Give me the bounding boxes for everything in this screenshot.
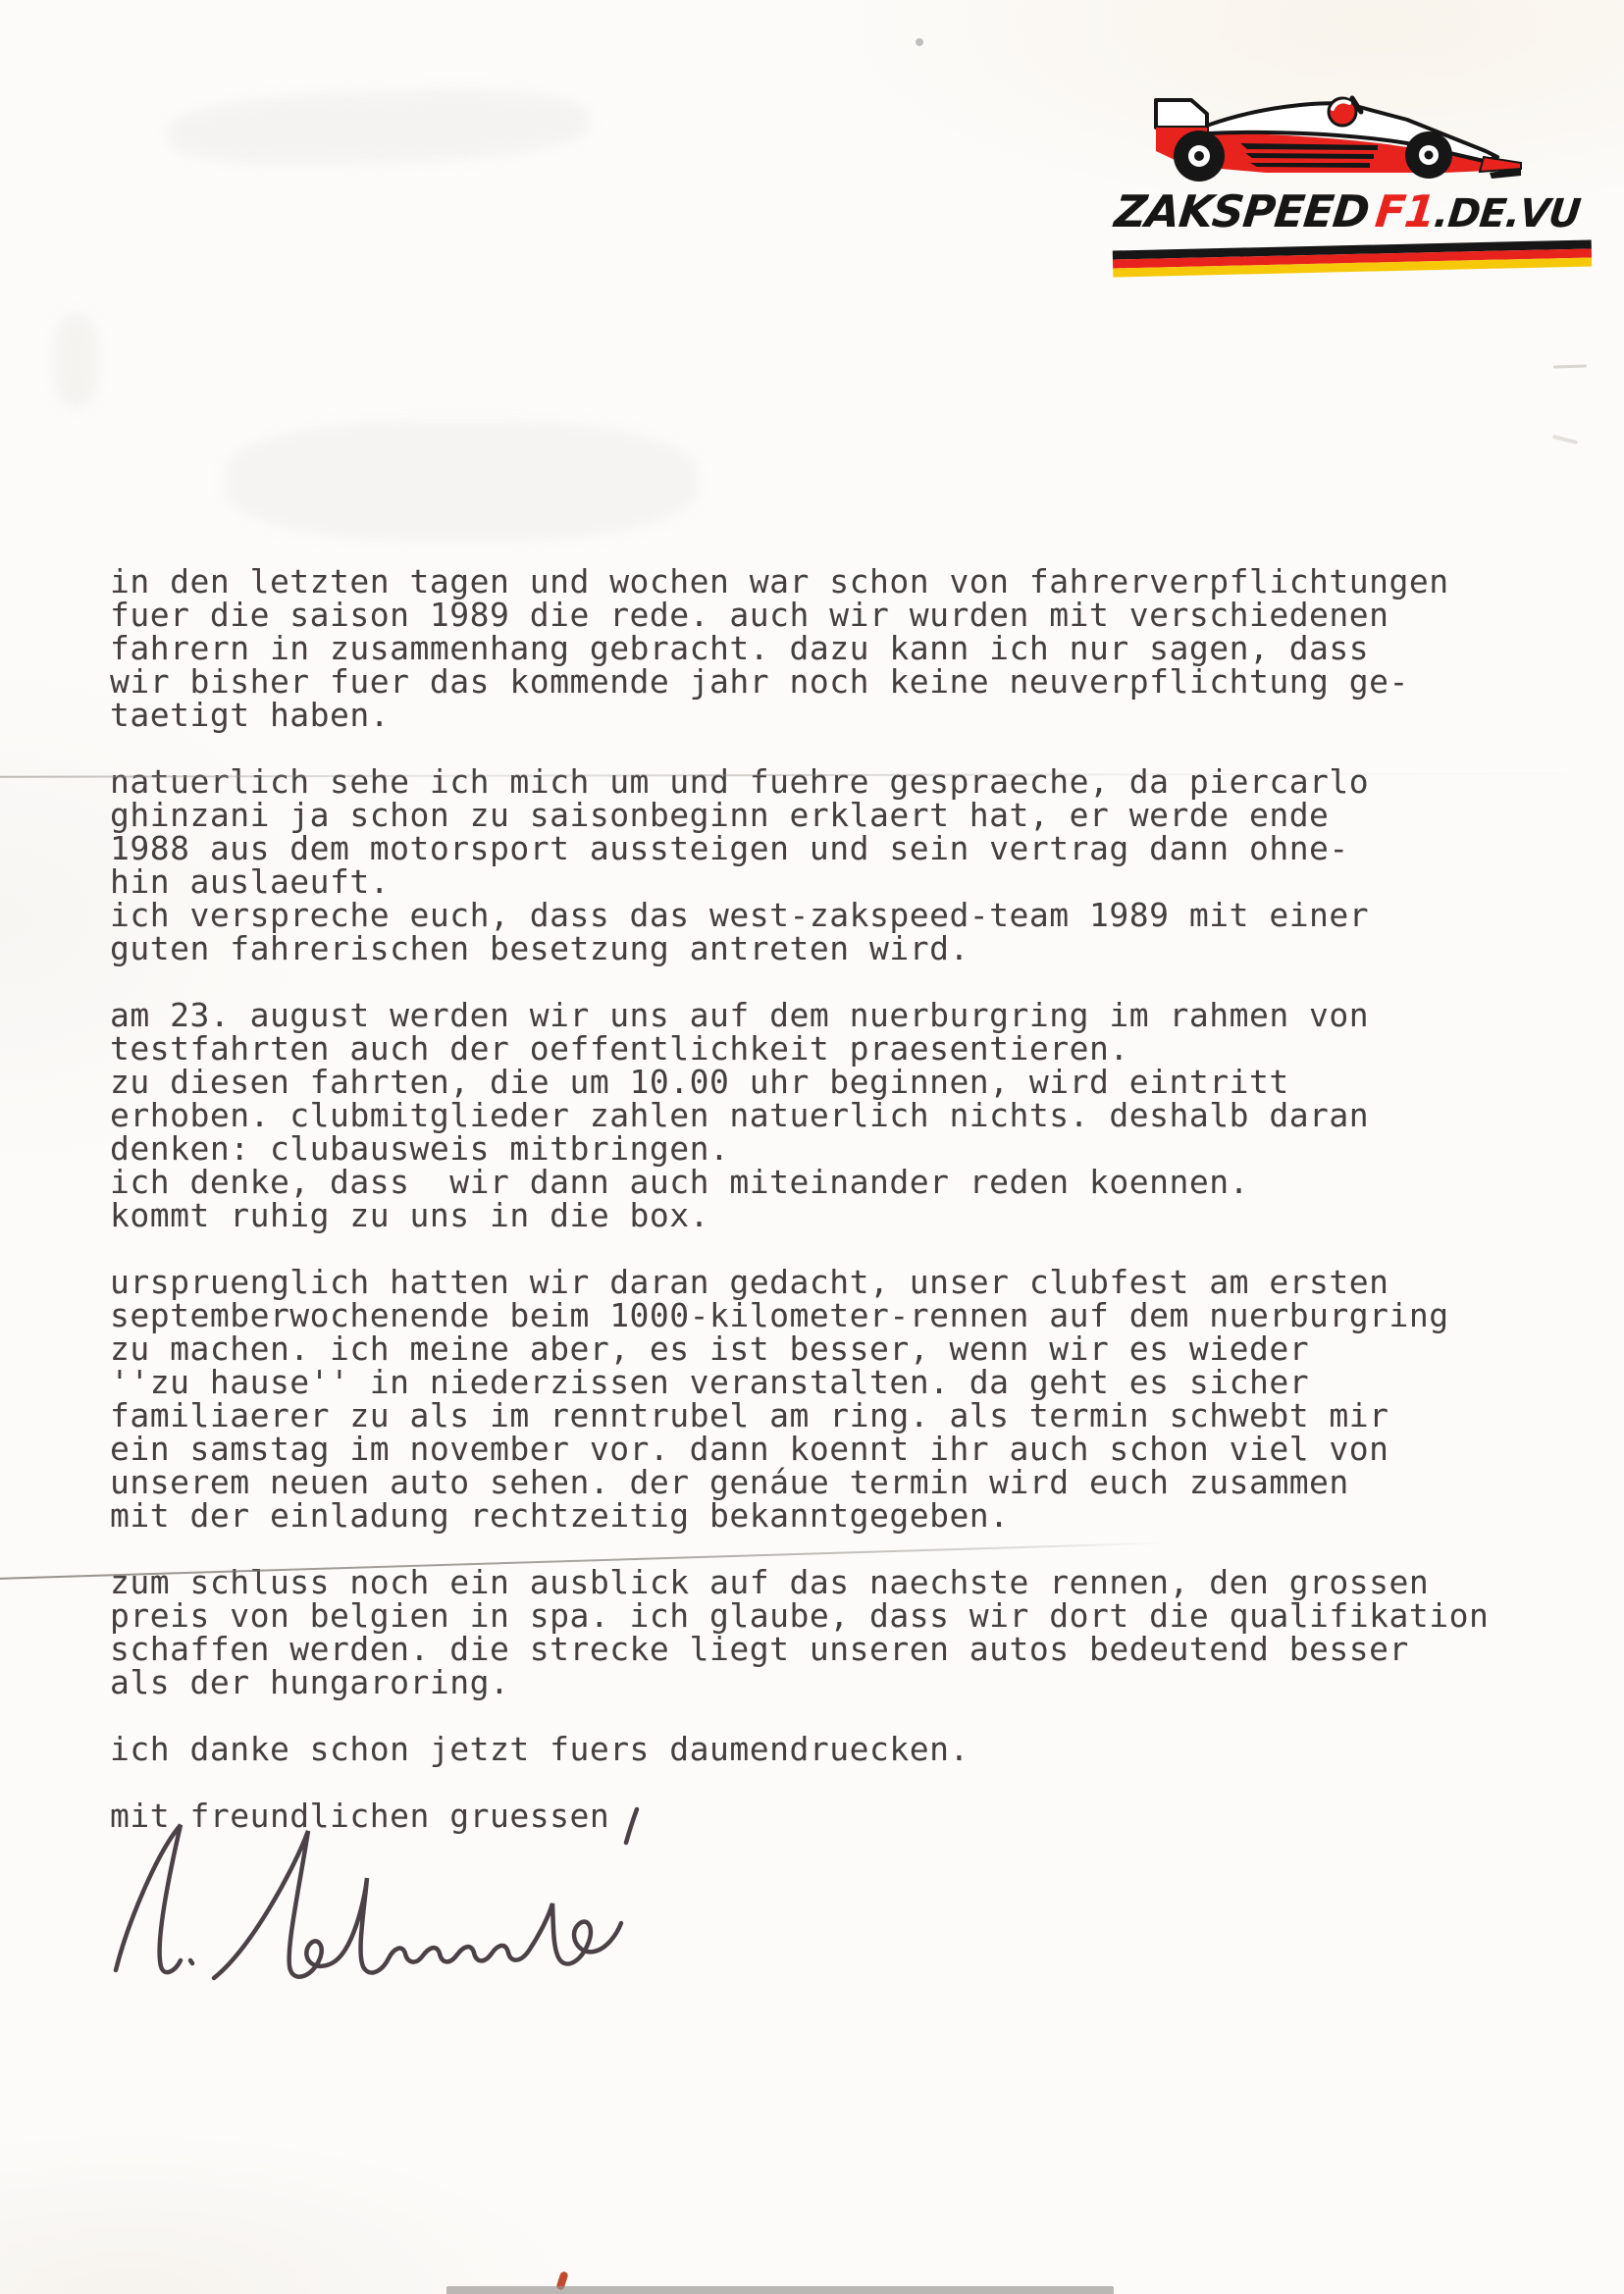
letter-line: ''zu hause'' in niederzissen veranstalte… [110, 1366, 1562, 1399]
letter-line: kommt ruhig zu uns in die box. [110, 1199, 1562, 1232]
paper-ghost-smudge [166, 86, 590, 170]
signature-scrawl [100, 1805, 669, 2036]
letter-line: unserem neuen auto sehen. der genáue ter… [110, 1466, 1562, 1499]
brand-name: ZAKSPEED [1112, 185, 1371, 237]
scan-speck [1553, 364, 1587, 368]
scan-speck [1552, 435, 1578, 444]
letter-paragraph: zum schluss noch ein ausblick auf das na… [110, 1566, 1562, 1699]
letter-line: taetigt haben. [110, 699, 1562, 732]
letter-line: zu diesen fahrten, die um 10.00 uhr begi… [110, 1066, 1562, 1099]
letter-paragraph: in den letzten tagen und wochen war scho… [110, 565, 1562, 732]
f1-race-car-icon [1150, 94, 1523, 188]
letter-line: ich denke, dass wir dann auch miteinande… [110, 1166, 1562, 1199]
letter-line: familiaerer zu als im renntrubel am ring… [110, 1399, 1562, 1433]
letter-paragraph: urspruenglich hatten wir daran gedacht, … [110, 1266, 1562, 1533]
letter-line: denken: clubausweis mitbringen. [110, 1132, 1562, 1166]
letter-line: urspruenglich hatten wir daran gedacht, … [110, 1266, 1562, 1299]
letter-line: fahrern in zusammenhang gebracht. dazu k… [110, 632, 1562, 665]
letter-paragraph: am 23. august werden wir uns auf dem nue… [110, 999, 1562, 1232]
letter-line: erhoben. clubmitglieder zahlen natuerlic… [110, 1099, 1562, 1132]
letter-paragraph: ich danke schon jetzt fuers daumendrueck… [110, 1733, 1562, 1766]
letter-page: ZAKSPEEDF1.DE.VU in den letzten tagen un… [0, 0, 1624, 2294]
letter-line: schaffen werden. die strecke liegt unser… [110, 1633, 1562, 1666]
brand-domain: .DE.VU [1432, 191, 1582, 236]
brand-f1: F1 [1373, 185, 1438, 237]
zakspeed-logo: ZAKSPEEDF1.DE.VU [1107, 61, 1607, 282]
letter-line: wir bisher fuer das kommende jahr noch k… [110, 665, 1562, 699]
letter-line: mit der einladung rechtzeitig bekanntgeg… [110, 1499, 1562, 1533]
letter-line: am 23. august werden wir uns auf dem nue… [110, 999, 1562, 1032]
german-flag-stripes [1113, 239, 1592, 277]
letter-line: septemberwochenende beim 1000-kilometer-… [110, 1299, 1562, 1332]
scanner-edge-shadow [446, 2286, 1114, 2294]
paper-ghost-smudge [226, 422, 697, 540]
paper-ghost-smudge [54, 314, 98, 407]
letter-line: zum schluss noch ein ausblick auf das na… [110, 1566, 1562, 1599]
letter-line: ich verspreche euch, dass das west-zaksp… [110, 899, 1562, 932]
letter-body: in den letzten tagen und wochen war scho… [110, 565, 1562, 1866]
brand-wordmark: ZAKSPEEDF1.DE.VU [1112, 186, 1608, 239]
letter-line: ich danke schon jetzt fuers daumendrueck… [110, 1733, 1562, 1766]
letter-line: als der hungaroring. [110, 1666, 1562, 1699]
letter-paragraph: natuerlich sehe ich mich um und fuehre g… [110, 765, 1562, 965]
letter-line: ghinzani ja schon zu saisonbeginn erklae… [110, 799, 1562, 832]
letter-line: ein samstag im november vor. dann koennt… [110, 1433, 1562, 1466]
scan-speck [916, 38, 923, 46]
letter-line: in den letzten tagen und wochen war scho… [110, 565, 1562, 599]
letter-line: testfahrten auch der oeffentlichkeit pra… [110, 1032, 1562, 1066]
letter-line: 1988 aus dem motorsport aussteigen und s… [110, 832, 1562, 865]
letter-line: natuerlich sehe ich mich um und fuehre g… [110, 765, 1562, 799]
letter-line: zu machen. ich meine aber, es ist besser… [110, 1332, 1562, 1366]
letter-line: fuer die saison 1989 die rede. auch wir … [110, 599, 1562, 632]
letter-line: guten fahrerischen besetzung antreten wi… [110, 932, 1562, 965]
letter-line: hin auslaeuft. [110, 865, 1562, 899]
letter-line: preis von belgien in spa. ich glaube, da… [110, 1599, 1562, 1633]
